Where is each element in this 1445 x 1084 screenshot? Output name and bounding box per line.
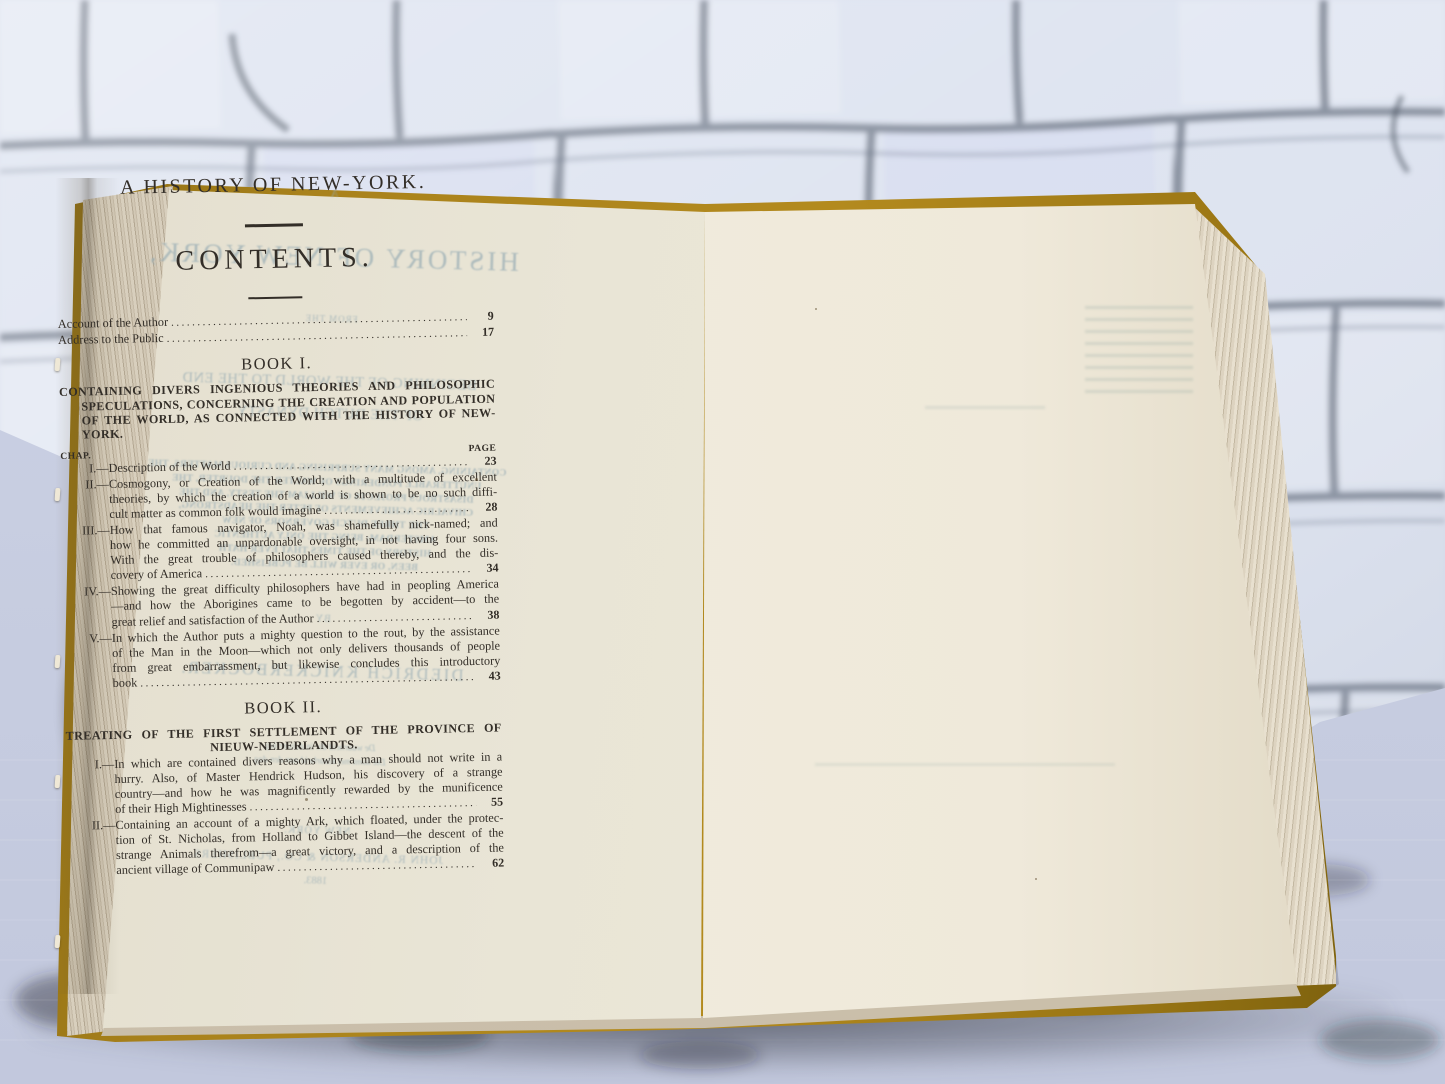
- entry-page: 17: [470, 325, 494, 341]
- chapter-page: 23: [472, 453, 496, 469]
- chapter-number: II.—: [67, 818, 115, 834]
- books-container: BOOK I.CONTAINING DIVERS INGENIOUS THEOR…: [58, 350, 504, 880]
- page-column-label: PAGE: [468, 443, 496, 454]
- foxing-speck: [1035, 878, 1037, 880]
- right-page-bleedthrough-smudge: [925, 406, 1045, 418]
- chapter-entry: II.—Cosmogony, or Creation of the World;…: [61, 469, 498, 524]
- chapter-text: covery of America: [111, 566, 203, 583]
- chapter-number: I.—: [66, 757, 114, 773]
- chapter-page: 34: [474, 561, 498, 577]
- book-heading: BOOK I.: [58, 350, 494, 378]
- chapter-page: 62: [480, 856, 504, 872]
- chapter-text: ancient village of Communipaw: [116, 860, 274, 878]
- chapter-entry: IV.—Showing the great difficulty philoso…: [63, 577, 500, 632]
- chapter-page: 28: [473, 499, 497, 515]
- right-page-bleedthrough-smudge: [815, 763, 1115, 775]
- contents-title: CONTENTS.: [56, 240, 493, 280]
- chap-column-label: CHAP.: [60, 451, 91, 462]
- binding-stitch: [55, 935, 61, 948]
- chapter-text: Description of the World: [108, 458, 230, 475]
- chapter-page: 43: [477, 668, 501, 684]
- chapter-entry: I.—In which are contained divers reasons…: [66, 749, 503, 819]
- foxing-speck: [815, 308, 817, 310]
- chapter-entry: III.—How that famous navigator, Noah, wa…: [62, 516, 499, 586]
- chapter-page: 55: [479, 794, 503, 810]
- book-summary: CONTAINING DIVERS INGENIOUS THEORIES AND…: [59, 377, 496, 443]
- foxing-speck: [305, 798, 308, 801]
- entry-page: 9: [470, 309, 494, 325]
- front-matter-list: Account of the Author...................…: [58, 309, 495, 350]
- chapter-entry: V.—In which the Author puts a mighty que…: [64, 623, 501, 693]
- divider-rule: [248, 296, 302, 299]
- foxing-speck: [475, 478, 478, 481]
- contents-page: A HISTORY OF NEW-YORK. CONTENTS. Account…: [55, 170, 504, 878]
- chapter-entry: II.—Containing an account of a mighty Ar…: [67, 810, 504, 880]
- chapter-number: II.—: [61, 477, 109, 493]
- open-book: A HISTORY OF NEW YORK, FROM THE BEGINNIN…: [55, 178, 1336, 1042]
- chapter-number: I.—: [60, 461, 108, 477]
- right-page-bleedthrough-smudge: [1085, 306, 1193, 402]
- chapter-number: IV.—: [63, 584, 111, 600]
- book-photo: A HISTORY OF NEW YORK, FROM THE BEGINNIN…: [0, 0, 1445, 1084]
- entry-title: Address to the Public: [58, 331, 164, 348]
- chapter-text: book: [113, 675, 138, 691]
- chapter-number: III.—: [62, 523, 110, 539]
- chapter-number: V.—: [64, 631, 112, 647]
- entry-title: Account of the Author: [58, 315, 169, 332]
- book-heading: BOOK II.: [65, 694, 501, 722]
- chapter-page: 38: [475, 607, 499, 623]
- chapter-text: of their High Mightinesses: [115, 799, 247, 817]
- divider-rule: [245, 223, 303, 227]
